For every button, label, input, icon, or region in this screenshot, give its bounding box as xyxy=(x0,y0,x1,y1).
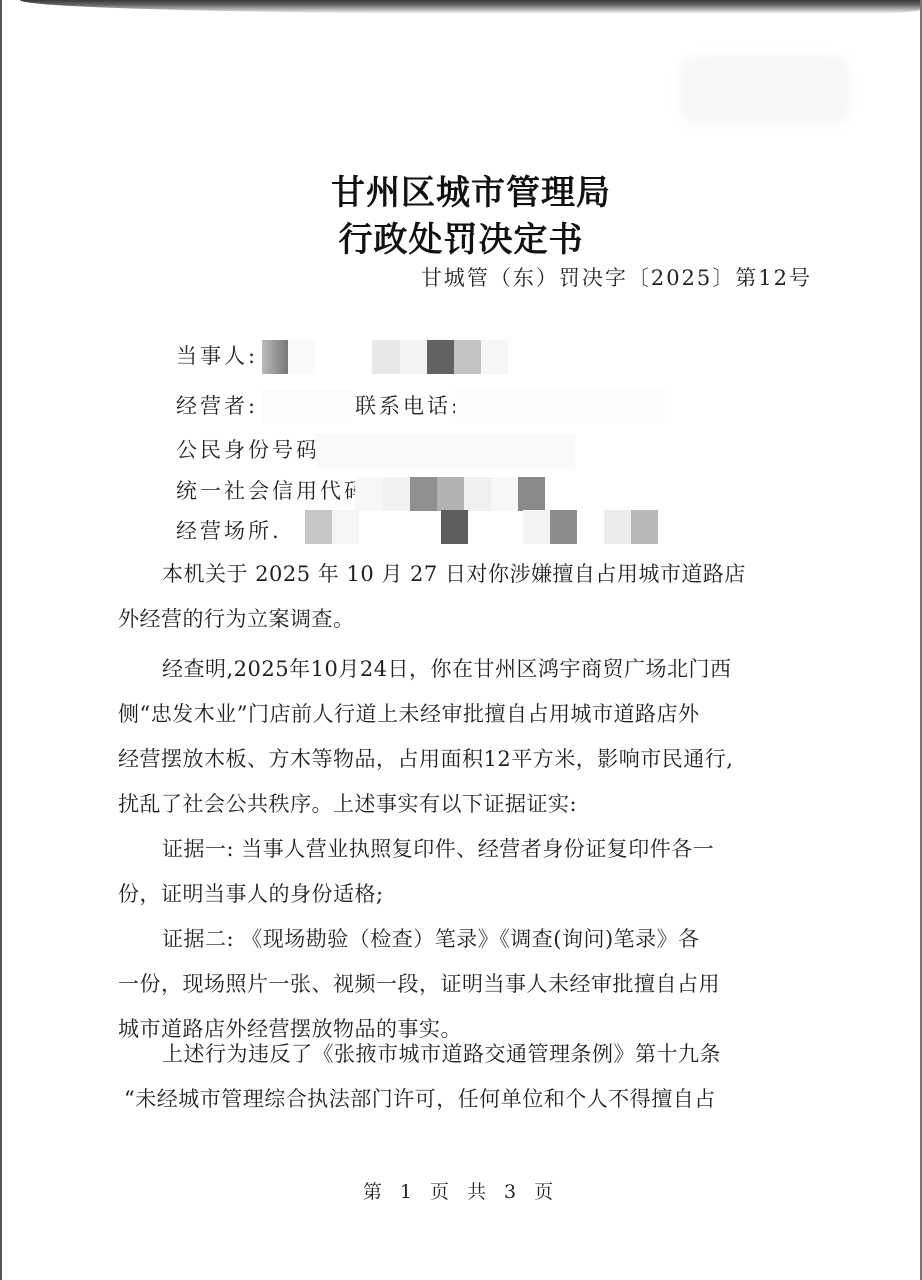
agency-title: 甘州区城市管理局 xyxy=(10,165,922,214)
scan-shadow xyxy=(20,0,920,14)
credit-code-label: 统一社会信用代码: xyxy=(176,475,378,507)
id-number-redaction xyxy=(315,434,575,468)
evidence-one-paragraph: 证据一: 当事人营业执照复印件、经营者身份证复印件各一 份，证明当事人的身份适格… xyxy=(118,827,818,917)
page-edge-left xyxy=(0,0,2,1280)
premises-label: 经营场所. xyxy=(176,515,282,547)
operator-label: 经营者: xyxy=(176,390,258,422)
page-indicator: 第 1 页 共 3 页 xyxy=(0,1177,922,1204)
phone-value-redaction xyxy=(455,390,665,424)
operator-value-redaction xyxy=(262,390,352,424)
legal-basis-paragraph: 上述行为违反了《张掖市城市道路交通管理条例》第十九条 “未经城市管理综合执法部门… xyxy=(118,1032,818,1122)
scan-glare xyxy=(680,55,850,125)
phone-label: 联系电话: xyxy=(355,390,461,422)
document-number: 甘城管（东）罚决字〔2025〕第12号 xyxy=(421,262,812,292)
case-filing-paragraph: 本机关于 2025 年 10 月 27 日对你涉嫌擅自占用城市道路店 外经营的行… xyxy=(118,552,818,642)
findings-paragraph: 经查明,2025年10月24日，你在甘州区鸿宇商贸广场北门西 侧“忠发木业”门店… xyxy=(118,647,818,827)
id-number-label: 公民身份号码: xyxy=(176,434,330,466)
party-label: 当事人: xyxy=(176,340,258,372)
document-type-title: 行政处罚决定书 xyxy=(0,212,922,261)
